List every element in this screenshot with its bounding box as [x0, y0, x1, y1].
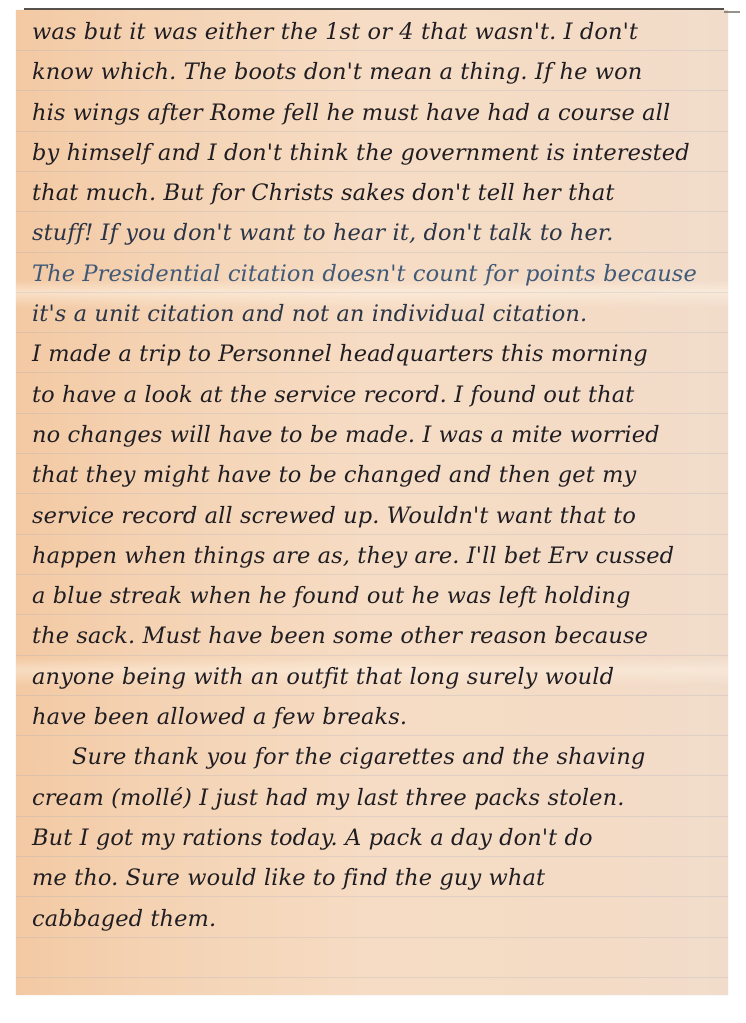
text-line: happen when things are as, they are. I'l…	[32, 536, 722, 576]
text-line: his wings after Rome fell he must have h…	[32, 93, 722, 133]
paper-top-edge	[24, 8, 724, 10]
text-line: cream (mollé) I just had my last three p…	[32, 778, 722, 818]
text-line: know which. The boots don't mean a thing…	[32, 52, 722, 92]
ruled-line	[16, 977, 728, 978]
text-line: me tho. Sure would like to find the guy …	[32, 858, 722, 898]
text-line: stuff! If you don't want to hear it, don…	[32, 213, 722, 253]
text-line: a blue streak when he found out he was l…	[32, 576, 722, 616]
text-line: have been allowed a few breaks.	[32, 697, 722, 737]
text-line: that much. But for Christs sakes don't t…	[32, 173, 722, 213]
text-line: by himself and I don't think the governm…	[32, 133, 722, 173]
paragraph-start-line: Sure thank you for the cigarettes and th…	[32, 737, 722, 777]
text-line: service record all screwed up. Wouldn't …	[32, 496, 722, 536]
text-line: The Presidential citation doesn't count …	[32, 254, 722, 294]
text-line: was but it was either the 1st or 4 that …	[32, 12, 722, 52]
text-line: to have a look at the service record. I …	[32, 375, 722, 415]
text-line: But I got my rations today. A pack a day…	[32, 818, 722, 858]
handwritten-text: was but it was either the 1st or 4 that …	[32, 12, 722, 939]
text-line: anyone being with an outfit that long su…	[32, 657, 722, 697]
text-line: that they might have to be changed and t…	[32, 455, 722, 495]
text-line: it's a unit citation and not an individu…	[32, 294, 722, 334]
text-line: the sack. Must have been some other reas…	[32, 616, 722, 656]
paper-top-edge-second-sheet	[724, 11, 740, 13]
text-line: I made a trip to Personnel headquarters …	[32, 334, 722, 374]
text-line: no changes will have to be made. I was a…	[32, 415, 722, 455]
text-line: cabbaged them.	[32, 899, 722, 939]
